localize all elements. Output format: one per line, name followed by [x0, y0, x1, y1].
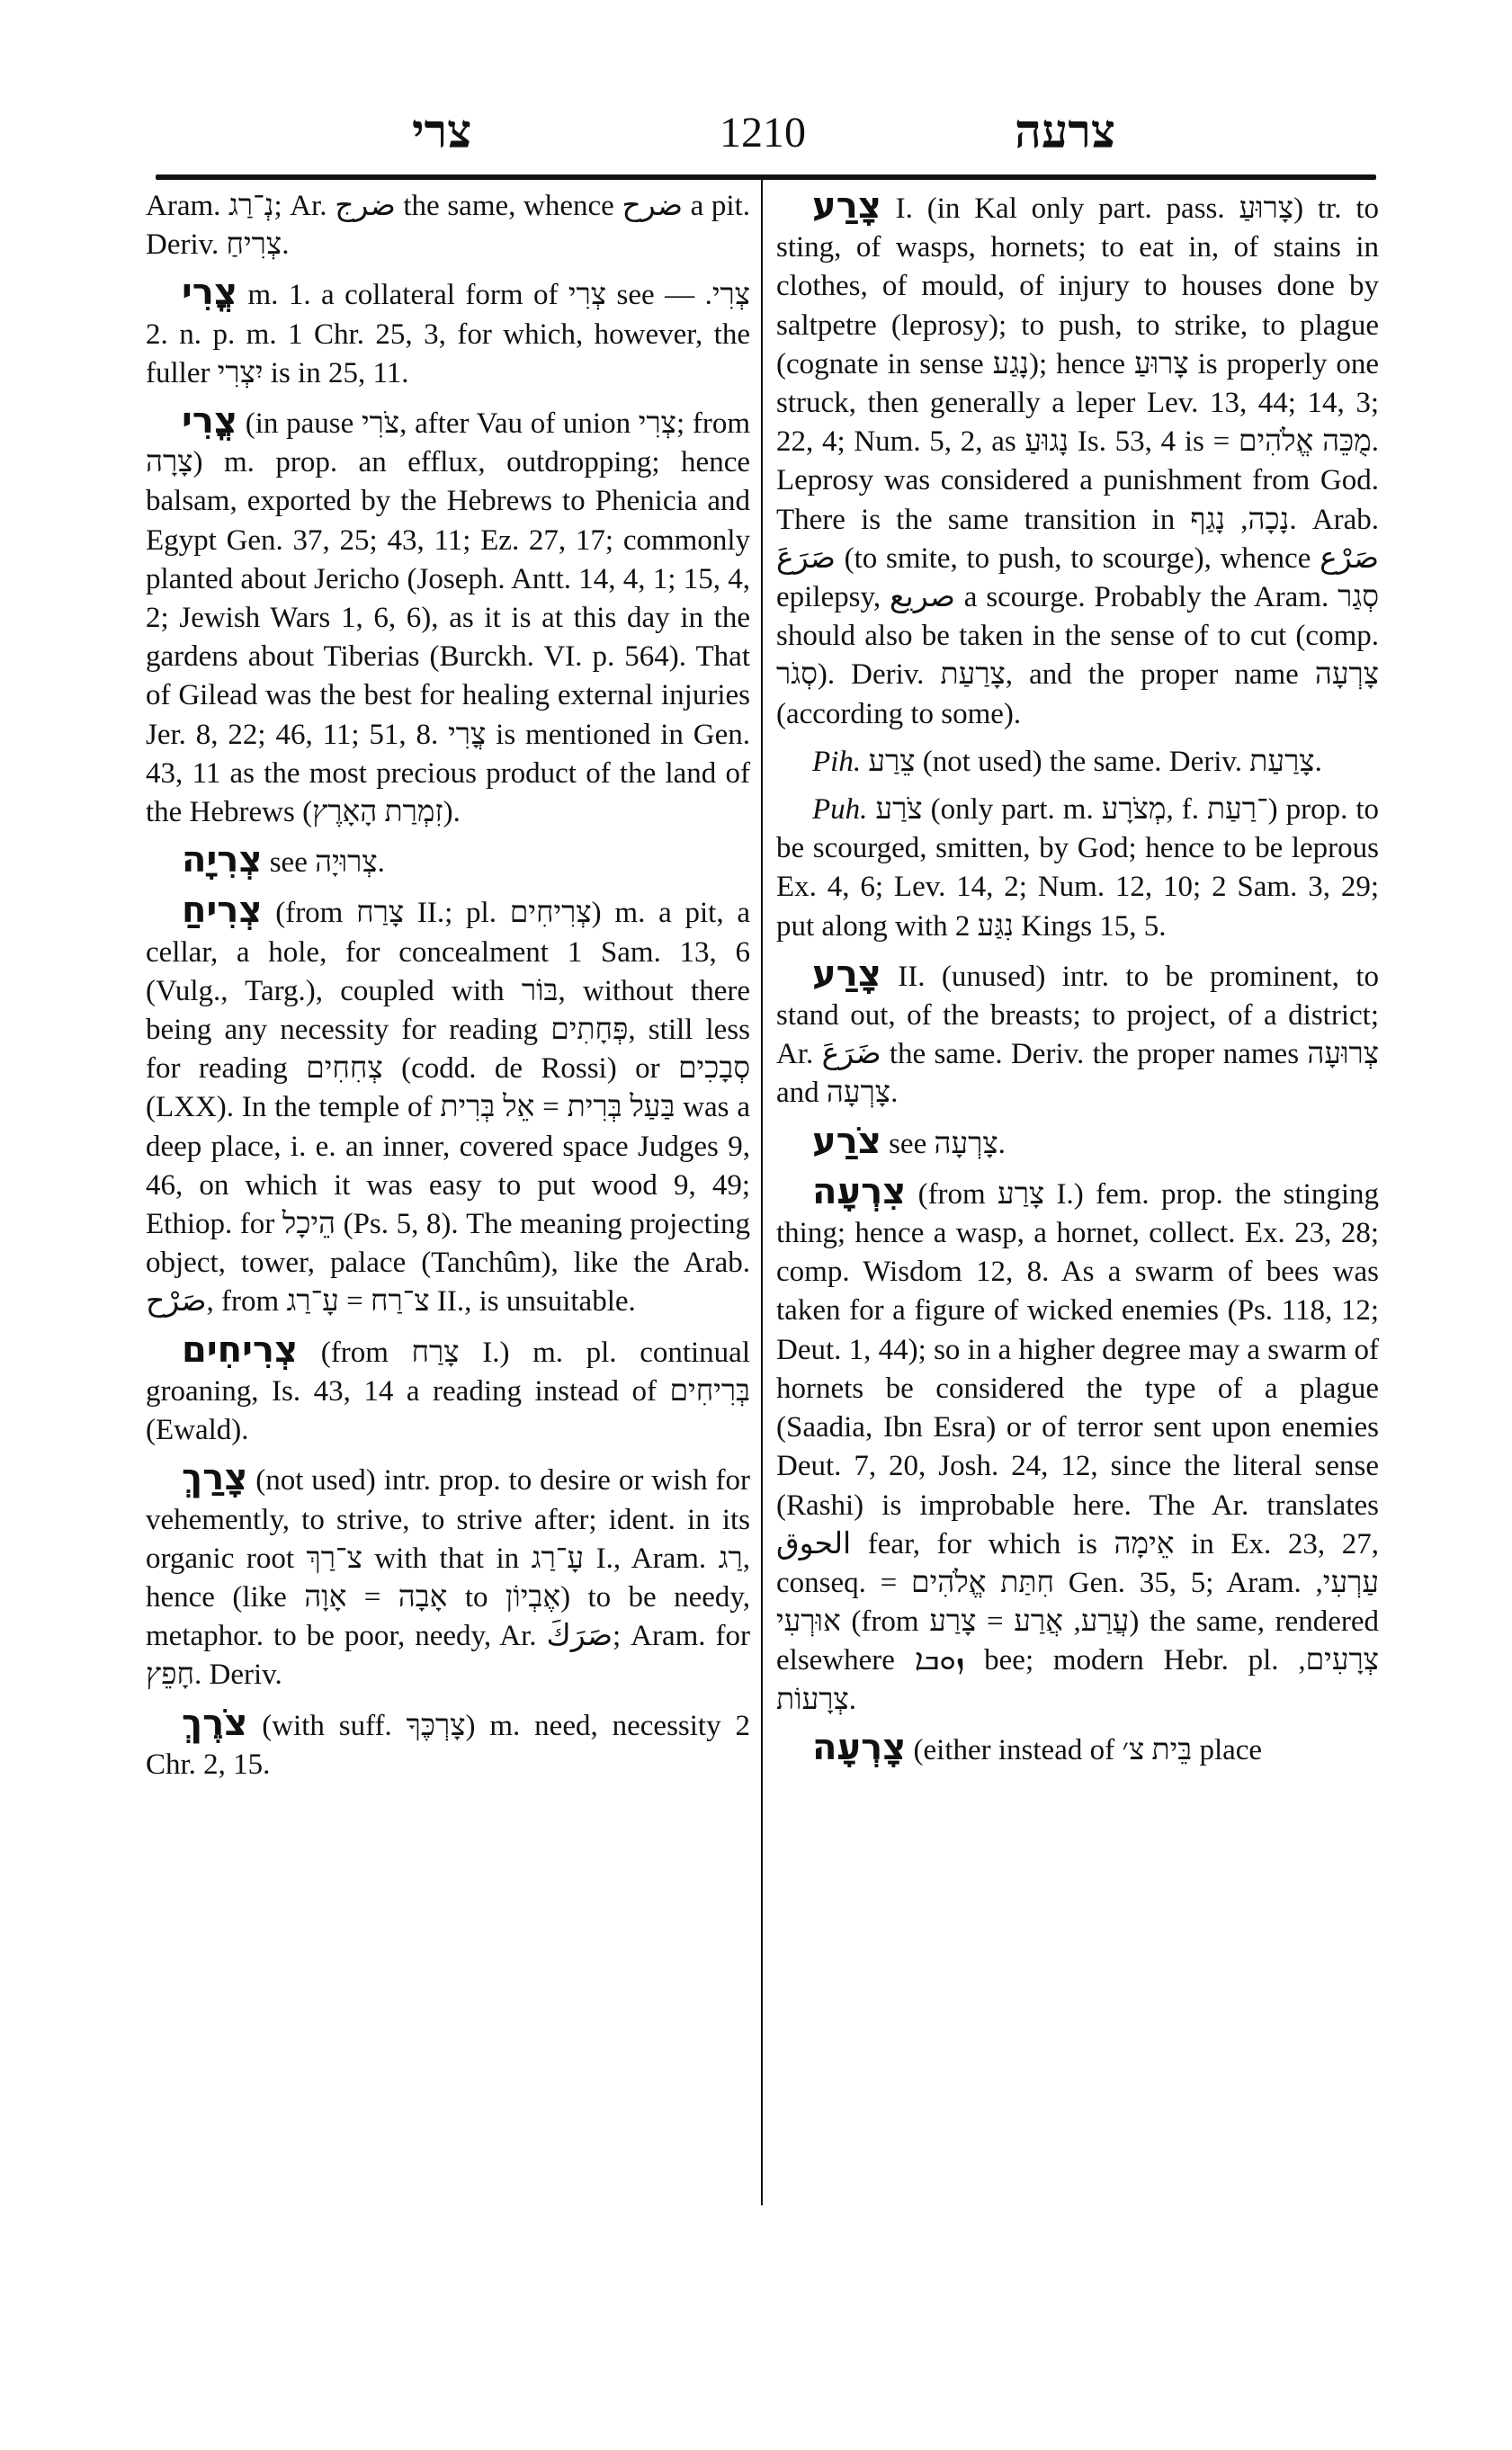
dictionary-entry: צָרַע II. (unused) intr. to be prominent…: [776, 955, 1379, 1113]
entry-text: צֹרַע (only part. m. מְצֹרָע, f. ־רַעַת)…: [776, 793, 1379, 943]
entry-headword: צֹרֶךְ: [182, 1703, 247, 1744]
entry-text: צֵרַע (not used) the same. Deriv. צָרַעַ…: [861, 746, 1322, 778]
entry-headword: צְרִיחַ: [182, 890, 262, 931]
right-column: צָרַע I. (in Kal only part. pass. צָרוּע…: [776, 187, 1379, 1779]
entry-headword: צֹרַע: [812, 1121, 881, 1162]
dictionary-subentry: Puh. צֹרַע (only part. m. מְצֹרָע, f. ־ר…: [776, 791, 1379, 946]
entry-text: (either instead of בֵּית צ׳ place: [906, 1734, 1262, 1766]
page-number: 1210: [720, 108, 806, 157]
stem-label: Puh.: [812, 793, 867, 826]
left-column: Aram. נְ־רַג; Ar. ضرج the same, whence ض…: [146, 187, 750, 1793]
dictionary-entry: Aram. נְ־רַג; Ar. ضرج the same, whence ض…: [146, 187, 750, 264]
dictionary-entry: צִרְעָה (from צָרַע I.) fem. prop. the s…: [776, 1173, 1379, 1720]
header-left-catchword: צרי: [412, 106, 471, 159]
dictionary-entry: צֳרִי m. 1. a collateral form of צְרִי s…: [146, 273, 750, 393]
dictionary-entry: צְרִיחַ (from צָרַח II.; pl. צְרִיחִים) …: [146, 891, 750, 1321]
dictionary-entry: צָרַךְ (not used) intr. prop. to desire …: [146, 1459, 750, 1694]
entry-text: see צָרְעָה.: [881, 1128, 1006, 1160]
header-rule: [156, 174, 1376, 180]
entry-text: I. (in Kal only part. pass. צָרוּעַ) tr.…: [776, 192, 1379, 730]
dictionary-entry: צָרַע I. (in Kal only part. pass. צָרוּע…: [776, 187, 1379, 734]
dictionary-entry: צֹרֶךְ (with suff. צָרְכֶּךָ) m. need, n…: [146, 1704, 750, 1784]
dictionary-entry: צֹרַע see צָרְעָה.: [776, 1122, 1379, 1164]
entry-headword: צָרַךְ: [182, 1457, 247, 1498]
dictionary-subentry: Pih. צֵרַע (not used) the same. Deriv. צ…: [776, 743, 1379, 782]
entry-headword: צָרַע: [812, 953, 881, 995]
dictionary-entry: צָרְעָה (either instead of בֵּית צ׳ plac…: [776, 1729, 1379, 1770]
dictionary-entry: צְרִיחִים (from צָרַח I.) m. pl. continu…: [146, 1331, 750, 1451]
entry-text: see צְרוּיָה.: [262, 846, 384, 879]
entry-text: Aram. נְ־רַג; Ar. ضرج the same, whence ض…: [146, 190, 750, 261]
entry-headword: צְרִיָה: [182, 839, 262, 881]
entry-text: (from צָרַע I.) fem. prop. the stinging …: [776, 1178, 1379, 1716]
entry-headword: צֳרִי: [182, 400, 237, 442]
column-divider: [761, 180, 763, 2205]
stem-label: Pih.: [812, 746, 861, 778]
dictionary-entry: צֳרִי (in pause צֹרִי, after Vau of unio…: [146, 402, 750, 832]
entry-headword: צֳרִי: [182, 272, 237, 313]
entry-headword: צָרַע: [812, 185, 881, 227]
entry-text: (from צָרַח II.; pl. צְרִיחִים) m. a pit…: [146, 897, 750, 1318]
entry-headword: צָרְעָה: [812, 1727, 906, 1768]
dictionary-entry: צְרִיָה see צְרוּיָה.: [146, 841, 750, 882]
entry-headword: צְרִיחִים: [182, 1329, 298, 1371]
entry-text: (in pause צֹרִי, after Vau of union צְרִ…: [146, 407, 750, 828]
header-right-catchword: צרעה: [1015, 106, 1115, 159]
entry-headword: צִרְעָה: [812, 1171, 906, 1212]
page-header: צרי 1210 צרעה: [156, 106, 1376, 169]
